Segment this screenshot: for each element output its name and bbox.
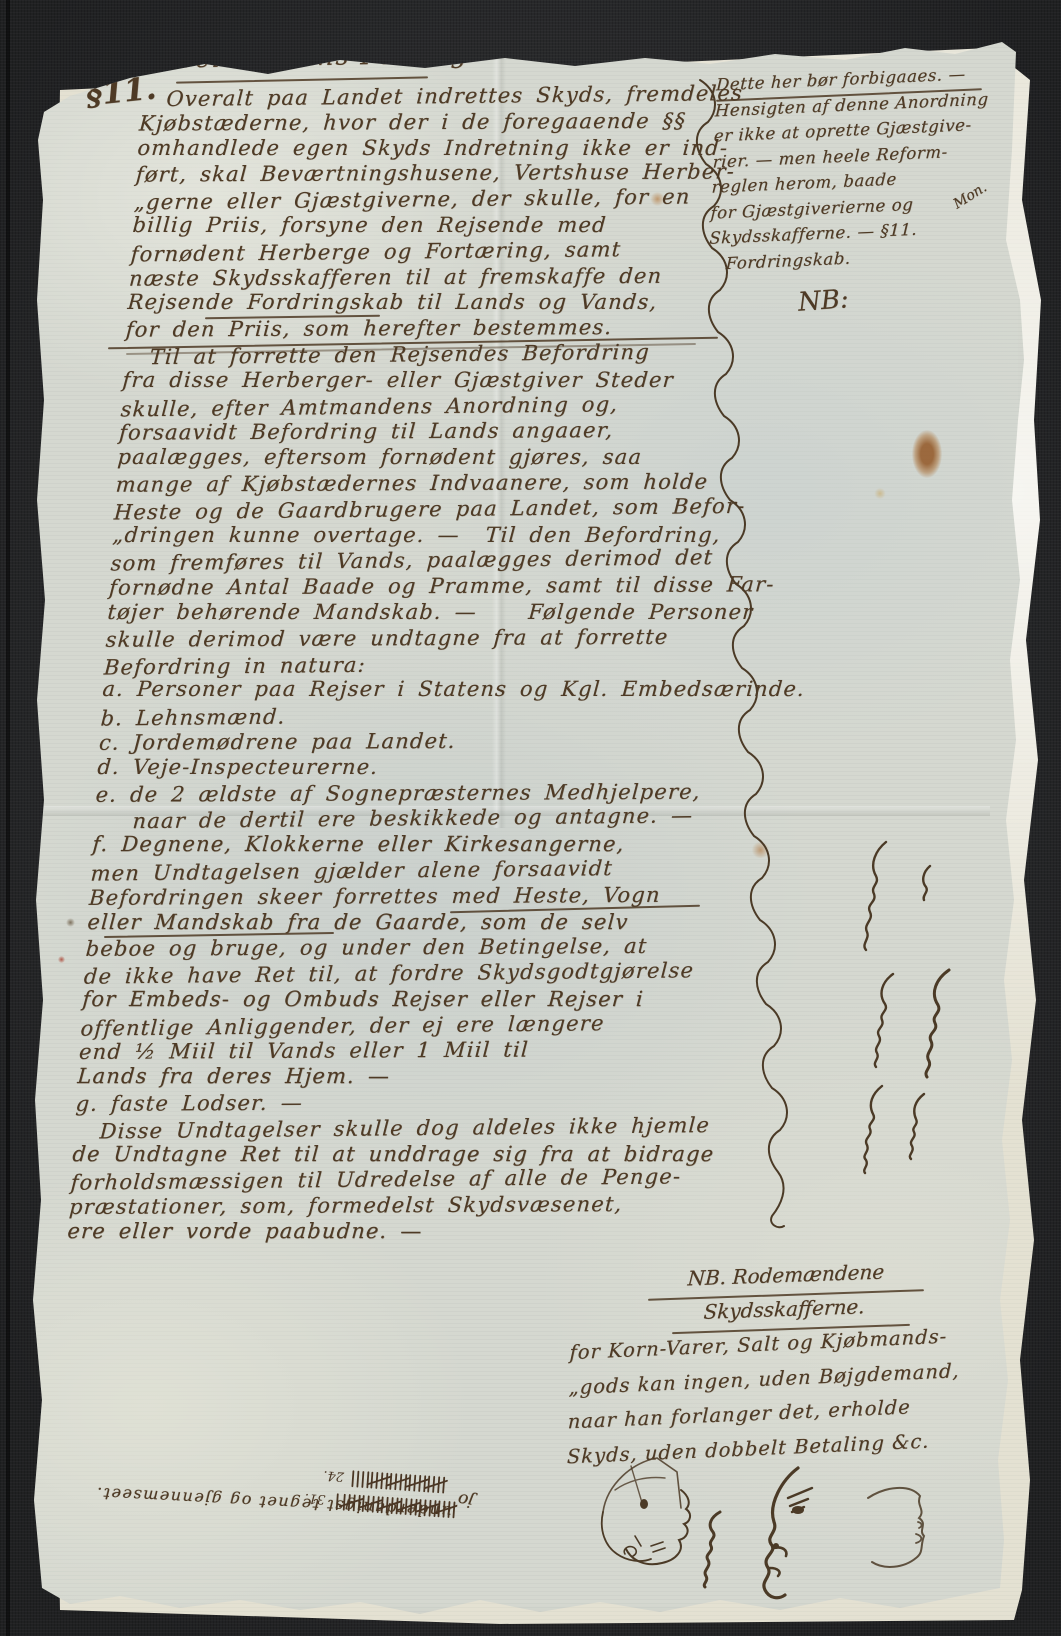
manuscript-line: naar de dertil ere beskikkede og antagne… bbox=[93, 803, 763, 836]
face-profile-doodle bbox=[864, 842, 886, 950]
manuscript-line: d. Veje-Inspecteurerne. bbox=[97, 755, 767, 781]
tally-total: 24. bbox=[323, 1467, 346, 1483]
manuscript-title: Weidemanns Forslag bbox=[169, 39, 471, 73]
tally-marks: 31. 24. bbox=[266, 1459, 459, 1524]
manuscript-line: c. Jordemødrene paa Landet. bbox=[98, 727, 768, 756]
bold-profile-doodle bbox=[764, 1468, 812, 1598]
manuscript-line: f. Degnene, Klokkerne eller Kirkesangern… bbox=[92, 832, 762, 858]
subsection-heading: NB. Rodemændene Skydsskafferne. bbox=[618, 1252, 951, 1332]
manuscript-line: fornødne Antal Baade og Pramme, samt til… bbox=[108, 572, 778, 601]
face-profile-doodle bbox=[926, 970, 949, 1077]
manuscript-line: Heste og de Gaardbrugere paa Landet, som… bbox=[113, 493, 783, 526]
tally-total: 31. bbox=[304, 1490, 326, 1506]
manuscript-line: de ikke have Ret til, at fordre Skydsgod… bbox=[83, 958, 753, 991]
manuscript-line: „gerne eller Gjæstgiverne, der skulle, f… bbox=[133, 184, 803, 217]
faint-stain bbox=[874, 488, 886, 499]
manuscript-line: Befordring in natura: bbox=[103, 648, 773, 681]
manuscript-line: Rejsende Fordringskab til Lands og Vands… bbox=[127, 290, 797, 316]
margin-profile-doodles bbox=[864, 842, 949, 1173]
manuscript-scan: Weidemanns Forslag §11. Overalt paa Land… bbox=[0, 0, 1061, 1636]
face-profile-doodle bbox=[875, 974, 893, 1067]
ink-underline bbox=[176, 76, 428, 83]
manuscript-sheet: Weidemanns Forslag §11. Overalt paa Land… bbox=[0, 0, 1061, 1636]
manuscript-line: for Embeds- og Ombuds Rejser eller Rejse… bbox=[82, 987, 752, 1013]
manuscript-line: Lands fra deres Hjem. — bbox=[77, 1064, 747, 1090]
tally-row-31: 31. bbox=[304, 1490, 458, 1518]
manuscript-line: ere eller vorde paabudne. — bbox=[67, 1219, 737, 1245]
manuscript-body: Overalt paa Landet indrettes Skyds, frem… bbox=[66, 82, 809, 1247]
margin-annotation: Dette her bør forbigaaes. —Hensigten af … bbox=[708, 59, 1019, 277]
red-ink-dot bbox=[58, 956, 65, 963]
capped-head-doodle bbox=[602, 1458, 690, 1564]
face-profile-doodle bbox=[923, 866, 930, 900]
closing-paragraph: for Korn-Varer, Salt og Kjøbmands-„gods … bbox=[566, 1316, 1039, 1475]
upside-down-word: jo bbox=[456, 1489, 475, 1511]
manuscript-line: „dringen kunne overtage. — Til den Befor… bbox=[112, 522, 782, 548]
manuscript-line: Kjøbstæderne, hvor der i de foregaaende … bbox=[138, 108, 808, 137]
ink-dot bbox=[66, 918, 75, 927]
face-profile-doodle bbox=[910, 1094, 924, 1159]
small-profile-doodle bbox=[704, 1512, 720, 1587]
outline-profile-doodle bbox=[868, 1488, 924, 1567]
tally-row-24: 24. bbox=[323, 1467, 448, 1493]
manuscript-line: eller Mandskab fra de Gaarde, som de sel… bbox=[87, 910, 757, 936]
manuscript-line: tøjer behørende Mandskab. — Følgende Per… bbox=[107, 600, 777, 626]
manuscript-line: a. Personer paa Rejser i Statens og Kgl.… bbox=[102, 677, 772, 703]
manuscript-line: præstationer, som, formedelst Skydsvæsen… bbox=[68, 1192, 738, 1221]
face-profile-doodle bbox=[864, 1086, 882, 1173]
ink-rust-stain bbox=[912, 430, 942, 478]
manuscript-line: Disse Undtagelser skulle dog aldeles ikk… bbox=[73, 1113, 743, 1146]
nota-bene-mark: NB: bbox=[797, 284, 850, 317]
manuscript-line: paalægges, eftersom fornødent gjøres, sa… bbox=[117, 445, 787, 471]
manuscript-line: fra disse Herberger- eller Gjæstgiver St… bbox=[122, 368, 792, 394]
manuscript-line: billig Priis, forsyne den Rejsende med bbox=[132, 213, 802, 239]
manuscript-line: omhandlede egen Skyds Indretning ikke er… bbox=[137, 135, 807, 161]
